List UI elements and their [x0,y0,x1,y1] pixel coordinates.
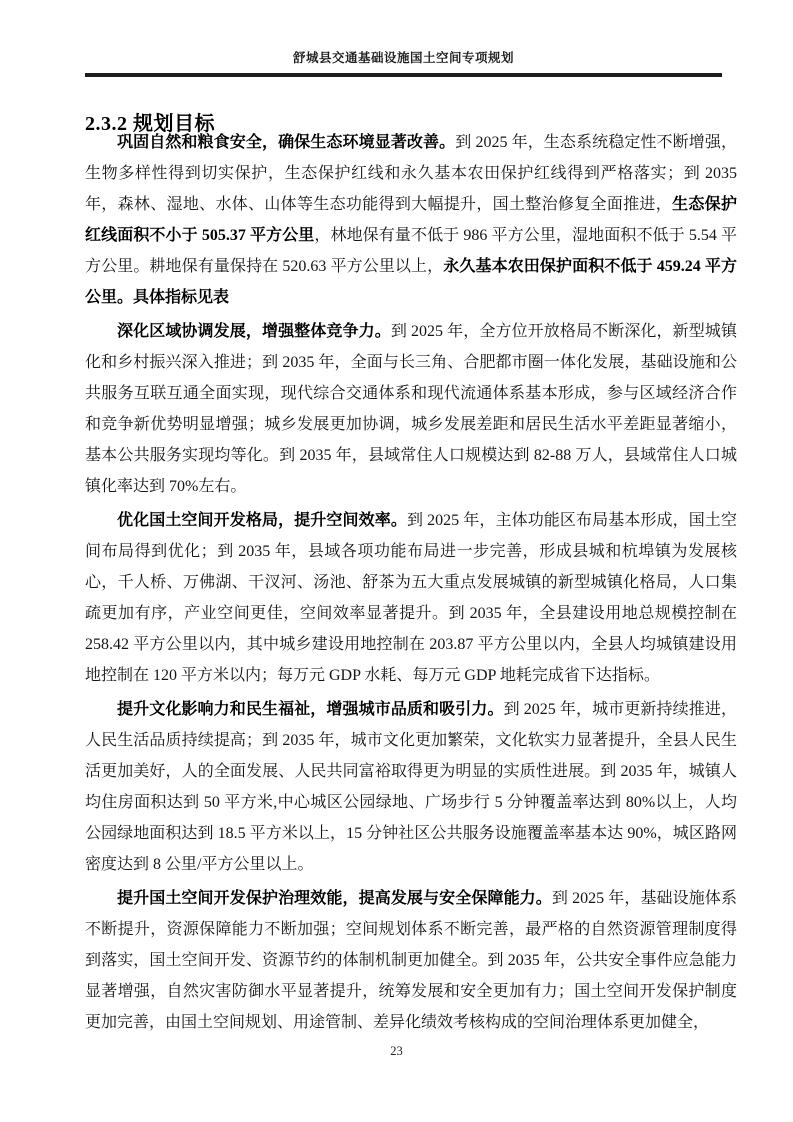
text-run: 提升国土空间开发保护治理效能，提高发展与安全保障能力。 [117,890,552,907]
text-run: 到 2025 年，主体功能区布局基本形成，国土空间布局得到优化；到 2035 年… [85,512,737,684]
document-page: 舒城县交通基础设施国土空间专项规划 2.3.2 规划目标 巩固自然和粮食安全，确… [0,0,793,1122]
paragraph: 提升文化影响力和民生福祉，增强城市品质和吸引力。到 2025 年，城市更新持续推… [85,694,737,880]
text-run: 提升文化影响力和民生福祉，增强城市品质和吸引力。 [117,701,504,718]
page-number: 23 [0,1044,793,1059]
body-paragraphs: 巩固自然和粮食安全，确保生态环境显著改善。到 2025 年，生态系统稳定性不断增… [85,127,737,1041]
text-run: 优化国土空间开发格局，提升空间效率。 [117,512,407,529]
text-run: 到 2025 年，全方位开放格局不断深化，新型城镇化和乡村振兴深入推进；到 20… [85,323,737,495]
paragraph: 提升国土空间开发保护治理效能，提高发展与安全保障能力。到 2025 年，基础设施… [85,883,737,1038]
paragraph: 优化国土空间开发格局，提升空间效率。到 2025 年，主体功能区布局基本形成，国… [85,505,737,691]
paragraph: 巩固自然和粮食安全，确保生态环境显著改善。到 2025 年，生态系统稳定性不断增… [85,127,737,313]
paragraph: 深化区域协调发展，增强整体竞争力。到 2025 年，全方位开放格局不断深化，新型… [85,316,737,502]
header-double-rule [85,73,722,77]
text-run: 深化区域协调发展，增强整体竞争力。 [117,323,391,340]
text-run: 到 2025 年，城市更新持续推进，人民生活品质持续提高；到 2035 年，城市… [85,701,737,873]
text-run: 到 2025 年，基础设施体系不断提升，资源保障能力不断加强；空间规划体系不断完… [85,890,737,1031]
text-run: 巩固自然和粮食安全，确保生态环境显著改善。 [117,134,455,151]
running-header-title: 舒城县交通基础设施国土空间专项规划 [85,48,722,66]
